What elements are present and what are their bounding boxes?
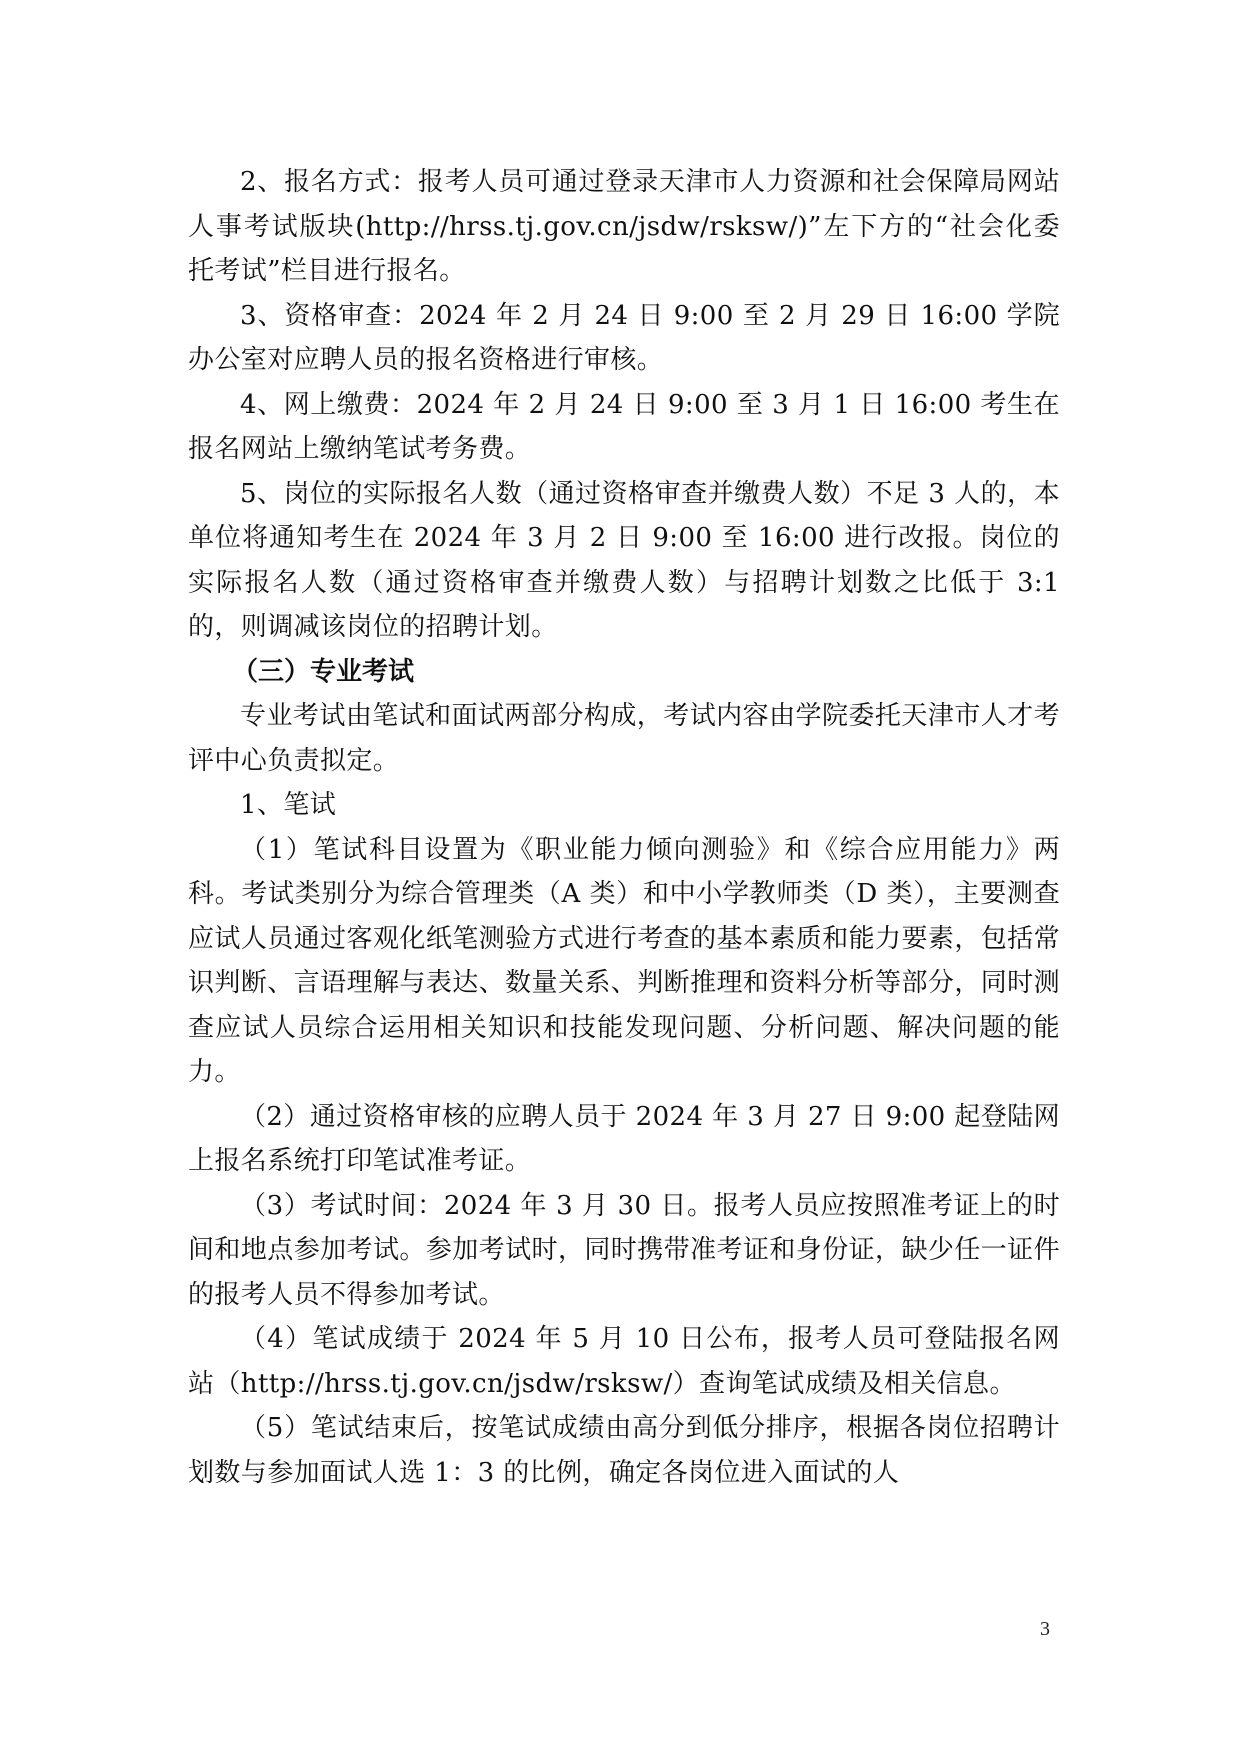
document-page: 2、报名方式：报考人员可通过登录天津市人力资源和社会保障局网站人事考试版块(ht… (188, 160, 1060, 1495)
paragraph-interview-selection: （5）笔试结束后，按笔试成绩由高分到低分排序，根据各岗位招聘计划数与参加面试人选… (188, 1406, 1060, 1495)
paragraph-exam-time: （3）考试时间：2024 年 3 月 30 日。报考人员应按照准考证上的时间和地… (188, 1184, 1060, 1318)
paragraph-online-payment: 4、网上缴费：2024 年 2 月 24 日 9:00 至 3 月 1 日 16… (188, 383, 1060, 472)
section-heading-professional-exam: （三）专业考试 (188, 650, 1060, 695)
paragraph-registration-method: 2、报名方式：报考人员可通过登录天津市人力资源和社会保障局网站人事考试版块(ht… (188, 160, 1060, 294)
paragraph-exam-composition: 专业考试由笔试和面试两部分构成，考试内容由学院委托天津市人才考评中心负责拟定。 (188, 694, 1060, 783)
paragraph-written-subjects: （1）笔试科目设置为《职业能力倾向测验》和《综合应用能力》两科。考试类别分为综合… (188, 828, 1060, 1095)
paragraph-score-release: （4）笔试成绩于 2024 年 5 月 10 日公布，报考人员可登陆报名网站（h… (188, 1317, 1060, 1406)
paragraph-insufficient-applicants: 5、岗位的实际报名人数（通过资格审查并缴费人数）不足 3 人的，本单位将通知考生… (188, 472, 1060, 650)
page-number: 3 (1040, 1618, 1050, 1641)
paragraph-admission-ticket: （2）通过资格审核的应聘人员于 2024 年 3 月 27 日 9:00 起登陆… (188, 1095, 1060, 1184)
paragraph-qualification-review: 3、资格审查：2024 年 2 月 24 日 9:00 至 2 月 29 日 1… (188, 294, 1060, 383)
subheading-written-exam: 1、笔试 (188, 783, 1060, 828)
